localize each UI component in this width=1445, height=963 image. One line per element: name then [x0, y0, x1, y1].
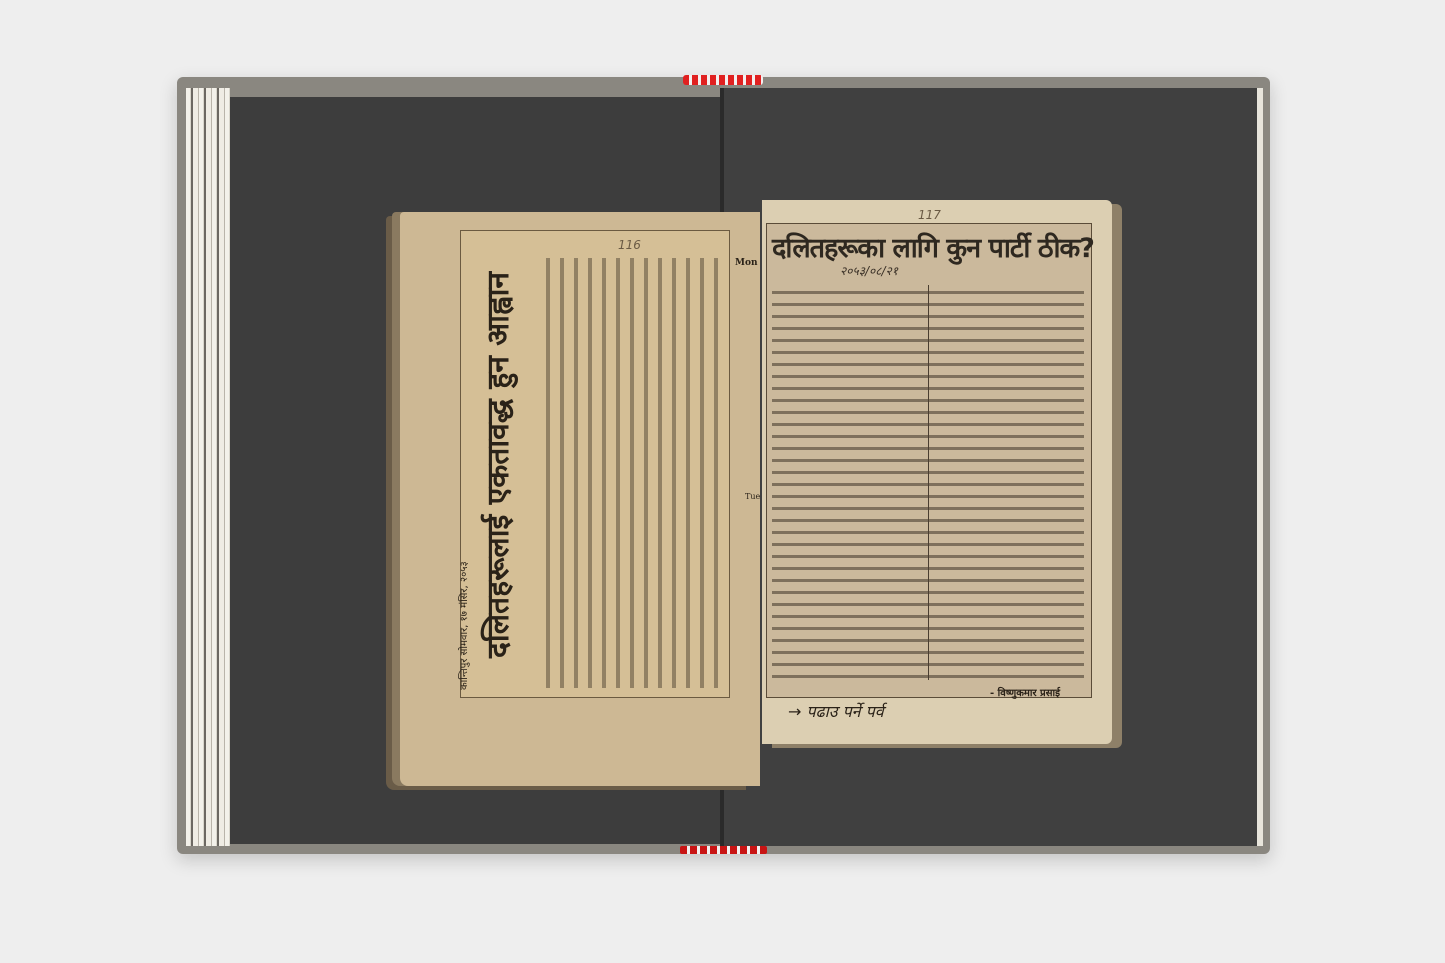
bookmark-ribbon-top [683, 75, 763, 85]
planner-label-mon: Mon [735, 258, 758, 268]
headline-right: दलितहरूका लागि कुन पार्टी ठीक? [772, 228, 1087, 265]
page-number-right: 117 [918, 208, 941, 222]
planner-label-tue: Tue [745, 492, 760, 501]
page-edges [186, 88, 230, 846]
dateline-left: कान्तिपुर सोमवार, १७ मंसिर, २०५३ [458, 460, 482, 690]
handwritten-date: २०५३/०८/२१ [840, 262, 898, 279]
bookmark-ribbon-bottom [680, 846, 767, 854]
headline-left: दलितहरूलाई एकतावद्ध हुन आह्वान [478, 240, 528, 690]
handwritten-note: → पढाउ पर्ने पर्व [788, 700, 884, 722]
column-divider [928, 285, 929, 680]
byline: - विष्णुकमार प्रसाई [990, 685, 1060, 699]
page-number-left: 116 [618, 238, 641, 252]
article-text-left [540, 258, 720, 688]
